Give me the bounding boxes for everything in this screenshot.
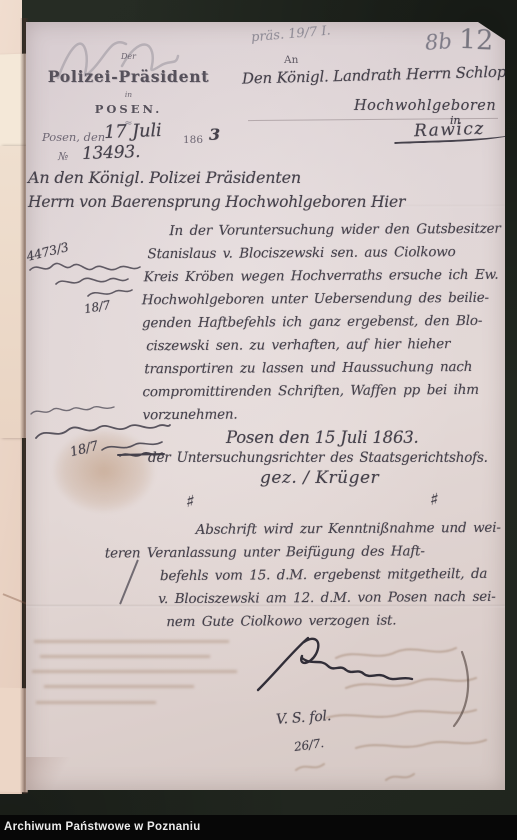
bleed-through-writing — [276, 618, 505, 798]
dateline-place: Posen, den — [42, 130, 105, 144]
letterhead: Der Polizei-Präsident in POSEN. ≈ — [26, 52, 231, 129]
pencil-mark: 8b — [424, 29, 452, 55]
sender-line2: Herrn von Baerensprung Hochwohlgeboren H… — [28, 193, 405, 211]
dateline-year-printed: 186 — [183, 134, 203, 146]
margin-note1-scrawl — [28, 260, 156, 300]
archival-scan: Der Polizei-Präsident in POSEN. ≈ präs. … — [0, 0, 517, 840]
bleed-through-line — [32, 670, 237, 673]
body-request: In der Voruntersuchung wider den Gutsbes… — [141, 218, 502, 428]
letterhead-in: in — [26, 90, 231, 99]
letterhead-der: Der — [26, 52, 231, 61]
body-line: genden Haftbefehls ich ganz ergebenst, d… — [142, 310, 502, 336]
request-place-date: Posen den 15 Juli 1863. — [226, 428, 419, 447]
body-transmittal: Abschrift wird zur Kenntnißnahme und wei… — [144, 517, 507, 635]
request-signed: gez. / Krüger — [260, 468, 379, 488]
body-line: Abschrift wird zur Kenntnißnahme und wei… — [196, 517, 506, 542]
bleed-through-line — [36, 701, 156, 704]
bleed-through-line — [34, 640, 229, 643]
body-line: vorzunehmen. — [143, 402, 503, 428]
praesentatum-note: präs. 19/7 I. — [250, 24, 331, 46]
place-underline — [394, 120, 513, 144]
address-line2: Hochwohlgeboren — [354, 98, 496, 114]
document-page: Der Polizei-Präsident in POSEN. ≈ präs. … — [26, 22, 505, 790]
corner-fold-shadow — [26, 757, 72, 790]
letterhead-title: Polizei-Präsident — [26, 67, 231, 86]
hash-mark-right: ♯ — [429, 490, 440, 511]
address-an: An — [284, 54, 298, 66]
body-line: Kreis Kröben wegen Hochverraths ersuche … — [144, 264, 502, 289]
margin-note1-date: 18/7 — [83, 298, 111, 316]
body-line: Hochwohlgeboren unter Uebersendung des b… — [142, 287, 502, 313]
margin-note2-word — [28, 402, 120, 420]
document-number: 13493. — [82, 142, 141, 164]
dateline-year-digit: 3 — [209, 125, 220, 144]
sender-line1: An den Königl. Polizei Präsidenten — [28, 168, 301, 187]
dateline-day-month: 17 Juli — [104, 120, 162, 143]
body-line: compromittirenden Schriften, Waffen pp b… — [142, 379, 502, 405]
bleed-through-line — [40, 655, 210, 658]
body-line: ciszewski sen. zu verhaften, auf hier hi… — [146, 333, 502, 358]
archive-name: Archiwum Państwowe w Poznaniu — [0, 815, 201, 840]
body-line: transportiren zu lassen und Haussuchung … — [144, 356, 502, 381]
hash-mark-left: ♯ — [185, 492, 196, 513]
archive-caption-bar: Archiwum Państwowe w Poznaniu — [0, 815, 517, 840]
bleed-through-line — [44, 685, 194, 688]
address-line1: Den Königl. Landrath Herrn Schlopis — [242, 62, 517, 87]
letterhead-city: POSEN. — [26, 102, 231, 116]
body-line: Stanislaus v. Blociszewski sen. aus Ciol… — [147, 241, 501, 266]
body-line: befehls vom 15. d.M. ergebenst mitgethei… — [160, 563, 506, 588]
page-number: 12 — [458, 24, 493, 56]
body-line: v. Blociszewski am 12. d.M. von Posen na… — [158, 586, 506, 611]
body-line: In der Voruntersuchung wider den Gutsbes… — [169, 218, 501, 243]
number-label: № — [58, 150, 68, 163]
margin-slash — [119, 559, 139, 604]
request-role: der Untersuchungsrichter des Staatsgeric… — [148, 450, 488, 466]
body-line: teren Veranlassung unter Beifügung des H… — [105, 540, 506, 566]
